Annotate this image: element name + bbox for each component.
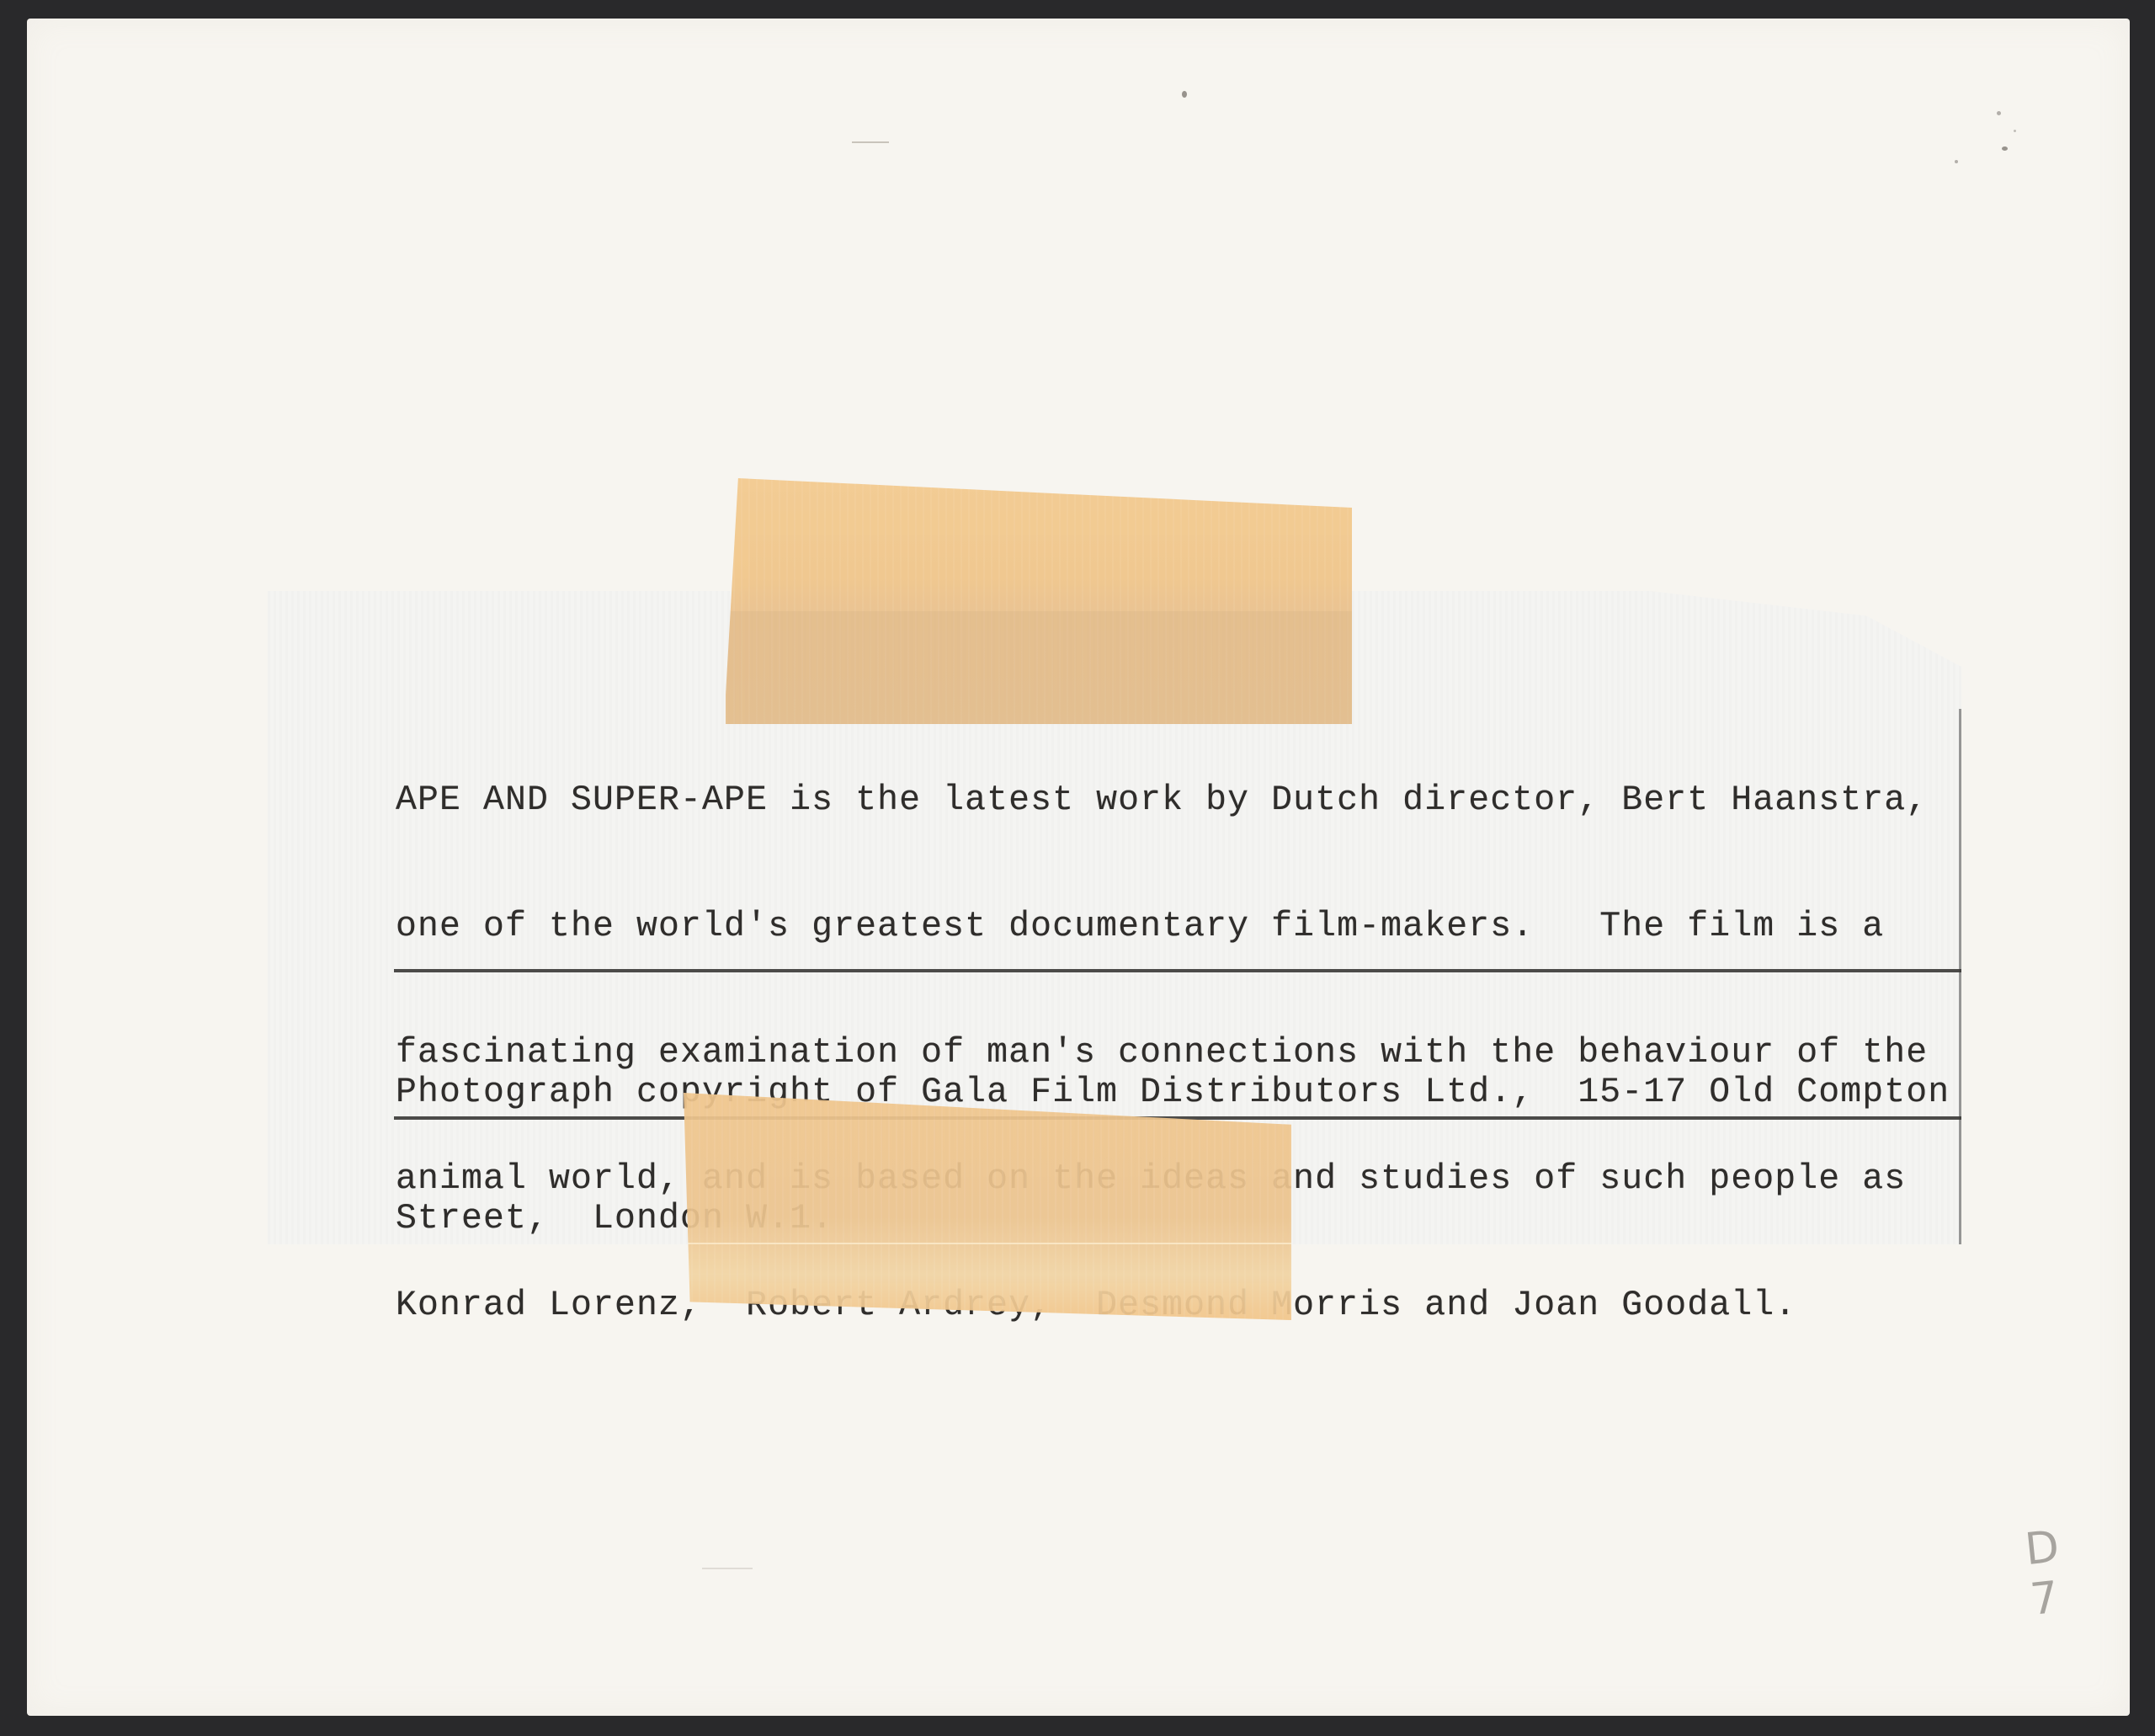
label-edge-shadow <box>1959 709 1961 1244</box>
caption-line: one of the world's greatest documentary … <box>396 906 1928 948</box>
faint-smudge <box>852 141 889 143</box>
faint-smudge <box>702 1568 753 1569</box>
typed-divider-rule <box>394 969 1961 972</box>
credit-line: Photograph copyright of Gala Film Distri… <box>396 1072 1950 1114</box>
dust-speck <box>2014 130 2016 132</box>
adhesive-tape-top <box>726 478 1352 724</box>
pencil-mark-line: D <box>2023 1520 2078 1575</box>
dust-speck <box>1997 111 2001 115</box>
adhesive-tape-bottom <box>684 1093 1323 1320</box>
dust-speck <box>1955 160 1958 163</box>
dust-speck <box>2002 146 2008 151</box>
pencil-mark-line: 7 <box>2028 1570 2083 1626</box>
tape-overlap-region <box>726 611 1352 724</box>
caption-line: APE AND SUPER-APE is the latest work by … <box>396 780 1928 822</box>
dust-speck <box>1182 91 1187 98</box>
tape-crease <box>684 1243 1323 1244</box>
